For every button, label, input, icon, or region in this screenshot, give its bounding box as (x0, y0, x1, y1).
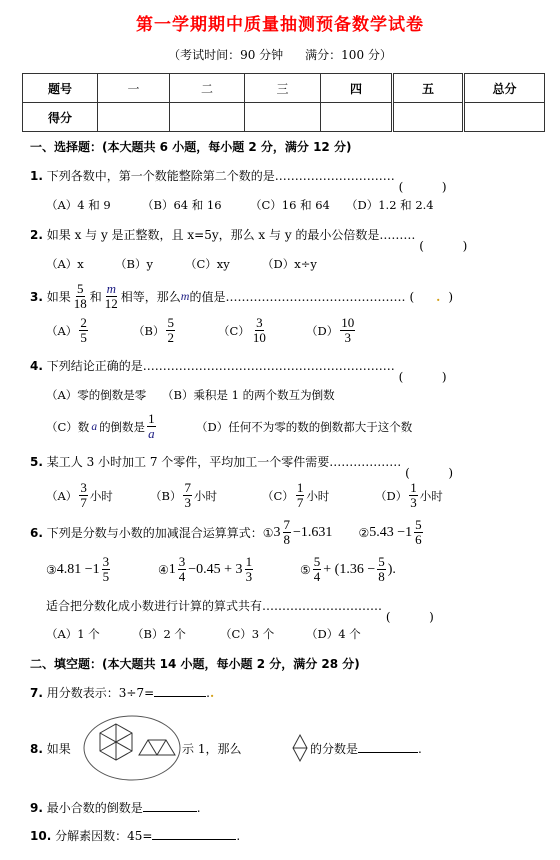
question-text: 最小合数的倒数是 (47, 801, 143, 815)
question-text: 下列各数中，第一个数能整除第二个数的是………………………… (47, 169, 395, 183)
question-2: 2. 如果 x 与 y 是正整数，且 x=5y，那么 x 与 y 的最小公倍数是… (30, 226, 467, 243)
question-7: 7. 用分数表示：3÷7=.. (30, 684, 214, 701)
q4-option-c: （C）数a的倒数是 1a (46, 412, 158, 441)
q5-option-a: （A）37小时 (46, 481, 113, 510)
q5-option-b: （B）73小时 (150, 481, 217, 510)
score-cell[interactable] (170, 103, 245, 132)
question-9: 9. 最小合数的倒数是. (30, 799, 201, 816)
answer-blank[interactable] (143, 799, 197, 812)
trapezoid-icon (139, 740, 175, 755)
question-5: 5. 某工人 3 小时加工 7 个零件，平均加工一个零件需要……………… (30, 453, 453, 470)
q6-option-a: （A）1 个 (46, 626, 100, 642)
expression-3: ③4.81 −1 35 (46, 555, 112, 584)
q3-option-b: （B）52 (133, 316, 177, 345)
score-cell[interactable] (393, 103, 464, 132)
q6-option-c: （C）3 个 (220, 626, 274, 642)
exam-time: （考试时间：90 分钟 (168, 48, 283, 62)
exam-full-score: 满分：100 分） (305, 48, 392, 62)
question-text: 用分数表示：3÷7= (47, 686, 154, 700)
q5-option-d: （D）13小时 (375, 481, 443, 510)
question-number: 6. (30, 526, 43, 540)
score-cell[interactable] (321, 103, 393, 132)
question-number: 2. (30, 228, 43, 242)
rhombus-icon (292, 733, 308, 763)
expression-2: ②5.43 −1 56 (358, 518, 424, 547)
question-3: 3. 如果 518 和 m12 相等，那么 m 的值是…………………………………… (30, 282, 453, 311)
question-text: 下列结论正确的是……………………………………………………… (47, 359, 395, 373)
expression-5: ⑤ 54 + (1.36 − 58 ). (300, 555, 396, 584)
question-4: 4. 下列结论正确的是……………………………………………………… (30, 357, 447, 374)
score-cell[interactable] (464, 103, 545, 132)
question-8-middle: 示 1，那么 (182, 740, 241, 757)
answer-blank[interactable] (154, 684, 206, 697)
header-cell: 题号 (23, 74, 98, 103)
question-text: 如果 x 与 y 是正整数，且 x=5y，那么 x 与 y 的最小公倍数是……… (47, 228, 416, 242)
score-cell[interactable] (245, 103, 321, 132)
q3-option-d: （D）103 (306, 316, 357, 345)
q1-option-a: （A）4 和 9 (46, 197, 111, 213)
question-8: 8. 如果 (30, 740, 71, 757)
answer-blank[interactable] (152, 827, 236, 840)
row-label: 得分 (23, 103, 98, 132)
q1-option-c: （C）16 和 64 (250, 197, 330, 213)
header-cell: 一 (98, 74, 170, 103)
q6-option-b: （B）2 个 (132, 626, 186, 642)
question-1: 1. 下列各数中，第一个数能整除第二个数的是………………………… (30, 167, 447, 184)
q3-option-c: （C）310 (218, 316, 269, 345)
question-text: 如果 (47, 288, 71, 305)
question-number: 7. (30, 686, 43, 700)
score-cell[interactable] (98, 103, 170, 132)
question-number: 4. (30, 359, 43, 373)
question-number: 10. (30, 829, 51, 843)
question-number: 3. (30, 290, 43, 304)
score-table: 题号 一 二 三 四 五 总分 得分 (22, 73, 545, 132)
q3-option-a: （A）25 (46, 316, 90, 345)
q1-option-b: （B）64 和 16 (142, 197, 222, 213)
question-text: 下列是分数与小数的加减混合运算算式： (47, 524, 263, 541)
header-cell: 总分 (464, 74, 545, 103)
question-number: 1. (30, 169, 43, 183)
expression-1: ①3 78 −1.631 (263, 518, 333, 547)
answer-blank[interactable] (358, 740, 418, 753)
q2-option-c: （C）xy (185, 256, 230, 272)
header-cell: 三 (245, 74, 321, 103)
q2-option-b: （B）y (115, 256, 153, 272)
hexagon-icon (100, 724, 132, 760)
q5-option-c: （C）17小时 (262, 481, 329, 510)
question-number: 5. (30, 455, 43, 469)
answer-mark: . (436, 290, 440, 304)
question-number: 9. (30, 801, 43, 815)
header-cell: 五 (393, 74, 464, 103)
q4-option-b: （B）乘积是 1 的两个数互为倒数 (162, 387, 335, 403)
q1-option-d: （D）1.2 和 2.4 (346, 197, 434, 213)
expression-4: ④1 34 −0.45 + 3 13 (158, 555, 255, 584)
fraction: 518 (73, 282, 88, 311)
page-title: 第一学期期中质量抽测预备数学试卷 (0, 10, 560, 35)
header-cell: 二 (170, 74, 245, 103)
question-text: 分解素因数：45= (55, 829, 152, 843)
q4-option-a: （A）零的倒数是零 (46, 387, 146, 403)
exam-info: （考试时间：90 分钟满分：100 分） (0, 46, 560, 63)
q4-option-d: （D）任何不为零的数的倒数都大于这个数 (196, 419, 412, 435)
question-6: 6. 下列是分数与小数的加减混合运算算式： ①3 78 −1.631 ②5.43… (30, 518, 425, 547)
hexagon-trapezoid-figure (82, 714, 182, 782)
question-10: 10. 分解素因数：45=. (30, 827, 240, 844)
question-6-prompt: 适合把分数化成小数进行计算的算式共有………………………… (46, 597, 434, 614)
q2-option-a: （A）x (46, 256, 84, 272)
question-text: 某工人 3 小时加工 7 个零件，平均加工一个零件需要……………… (47, 455, 402, 469)
question-number: 8. (30, 742, 43, 756)
q2-option-d: （D）x÷y (262, 256, 317, 272)
header-cell: 四 (321, 74, 393, 103)
section-heading-choice: 一、选择题：(本大题共 6 小题，每小题 2 分，满分 12 分) (30, 138, 351, 155)
score-table-score-row: 得分 (23, 103, 545, 132)
fraction: m12 (104, 282, 119, 311)
q6-option-d: （D）4 个 (306, 626, 361, 642)
question-8-end: 的分数是. (310, 740, 422, 757)
section-heading-fill: 二、填空题：(本大题共 14 小题，每小题 2 分，满分 28 分) (30, 655, 360, 672)
score-table-header-row: 题号 一 二 三 四 五 总分 (23, 74, 545, 103)
